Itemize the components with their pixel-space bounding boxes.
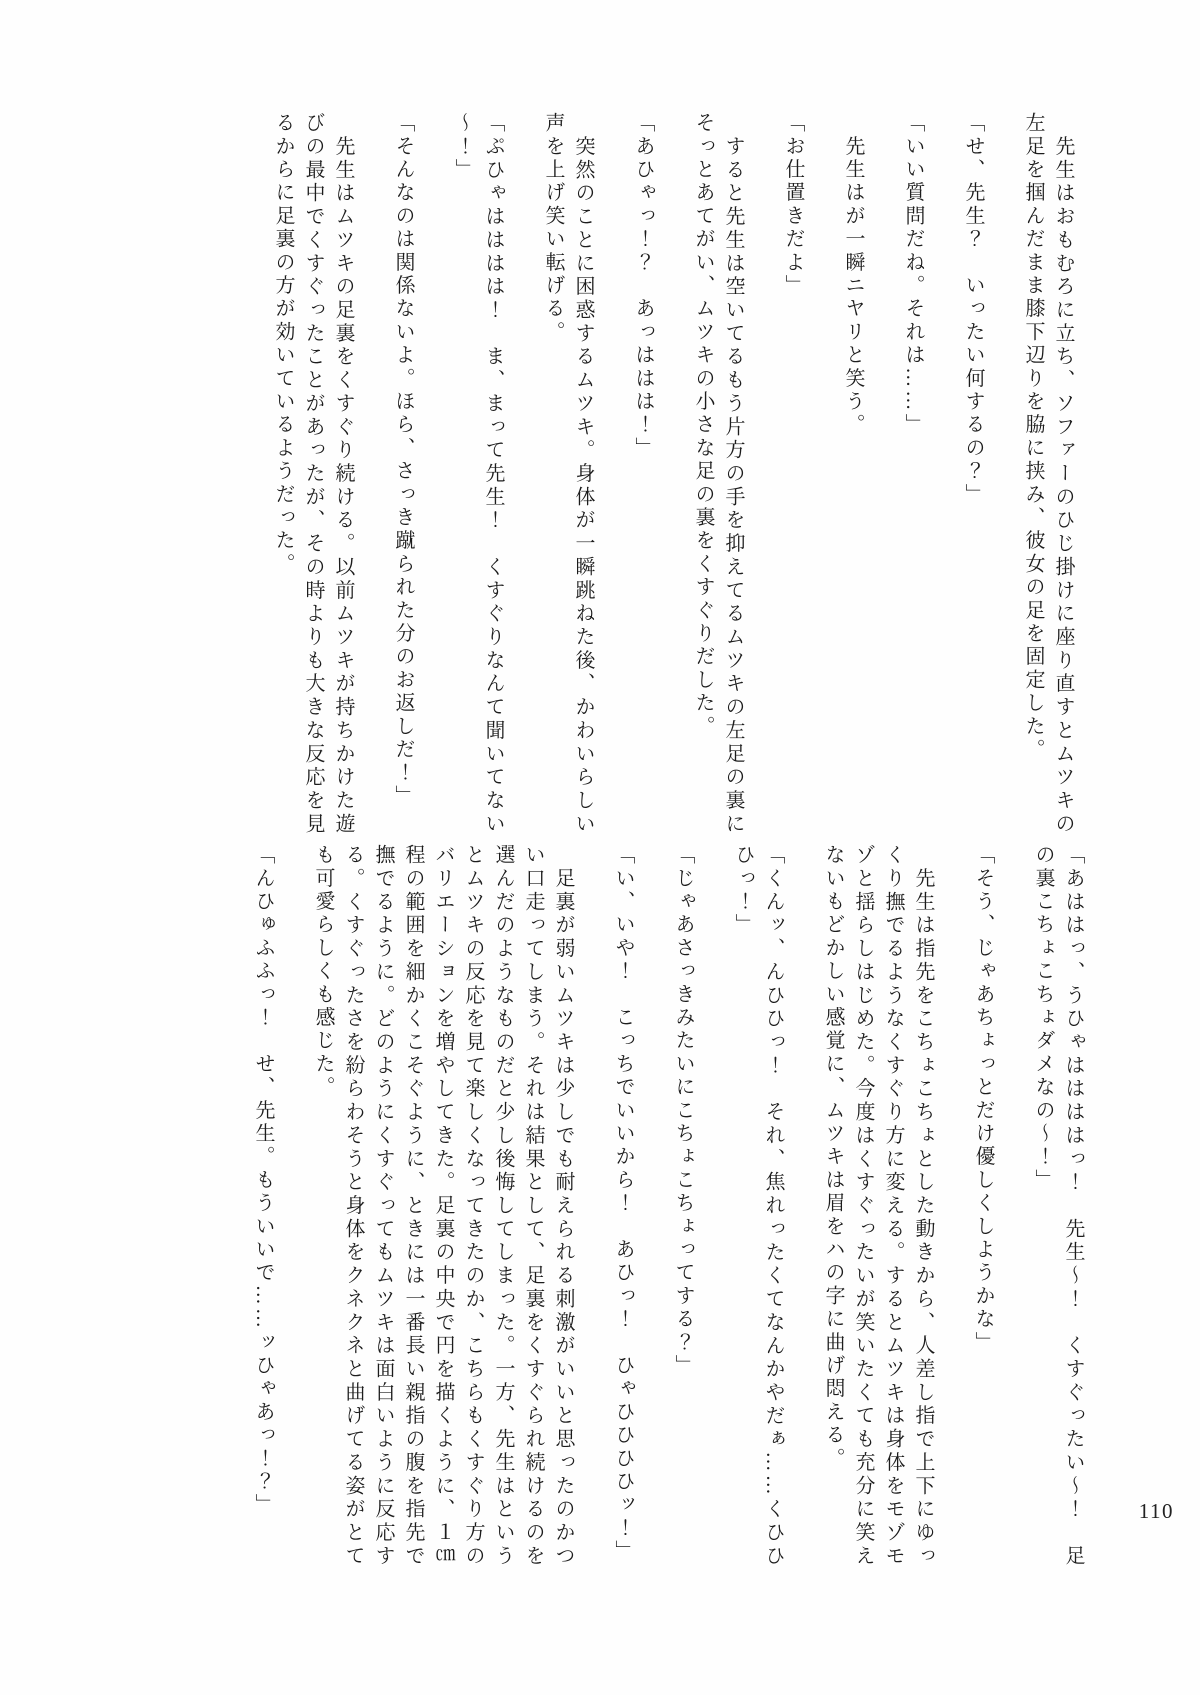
paragraph-line: 「せ、先生？ いったい何するの？」 — [958, 112, 988, 836]
paragraph-line: 先生はムツキの足裏をくすぐり続ける。以前ムツキが持ちかけた遊びの最中でくすぐった… — [268, 112, 358, 836]
page-number: 110 — [1139, 1499, 1174, 1524]
paragraph-line: 足裏が弱いムツキは少しでも耐えられる刺激がいいと思ったのかつい口走ってしまう。そ… — [308, 844, 578, 1568]
paragraph-line: 「そう、じゃあちょっとだけ優しくしようかな」 — [968, 844, 998, 1568]
paragraph-line: 「んひゅふふっ！ せ、先生。もういいで……ッひゃあっ！？」 — [248, 844, 278, 1568]
paragraph-line: 突然のことに困惑するムツキ。身体が一瞬跳ねた後、かわいらしい声を上げ笑い転げる。 — [538, 112, 598, 836]
story-text-bottom-block: 「あははっ、うひゃははははっ！ 先生～！ くすぐったい～！ 足の裏こちょこちょダ… — [218, 844, 1088, 1568]
paragraph-line: 先生は指先をこちょこちょとした動きから、人差し指で上下にゆっくり撫でるようなくす… — [818, 844, 938, 1568]
paragraph-line: 「あははっ、うひゃははははっ！ 先生～！ くすぐったい～！ 足の裏こちょこちょダ… — [1028, 844, 1088, 1568]
document-page: 先生はおもむろに立ち、ソファーのひじ掛けに座り直すとムツキの左足を掴んだまま膝下… — [0, 0, 1200, 1695]
paragraph-line: 「いい質問だね。それは……」 — [898, 112, 928, 836]
paragraph-line: 「じゃあさっきみたいにこちょこちょってする？」 — [668, 844, 698, 1568]
paragraph-line: すると先生は空いてるもう片方の手を抑えてるムツキの左足の裏にそっとあてがい、ムツ… — [688, 112, 748, 836]
paragraph-line: 先生はが一瞬ニヤリと笑う。 — [838, 112, 868, 836]
paragraph-line: 「ぷひゃはははは！ ま、まって先生！ くすぐりなんて聞いてない～！」 — [448, 112, 508, 836]
paragraph-line: 「くんッ、んひひっ！ それ、焦れったくてなんかやだぁ……くひひひっ！」 — [728, 844, 788, 1568]
paragraph-line: 先生はおもむろに立ち、ソファーのひじ掛けに座り直すとムツキの左足を掴んだまま膝下… — [1018, 112, 1078, 836]
paragraph-line: 「い、いや！ こっちでいいから！ あひっ！ ひゃひひひひッ！」 — [608, 844, 638, 1568]
paragraph-line: 「お仕置きだよ」 — [778, 112, 808, 836]
story-text-top-block: 先生はおもむろに立ち、ソファーのひじ掛けに座り直すとムツキの左足を掴んだまま膝下… — [238, 112, 1078, 836]
paragraph-line: 「あひゃっ！？ あっははは！」 — [628, 112, 658, 836]
paragraph-line: 「そんなのは関係ないよ。ほら、さっき蹴られた分のお返しだ！」 — [388, 112, 418, 836]
